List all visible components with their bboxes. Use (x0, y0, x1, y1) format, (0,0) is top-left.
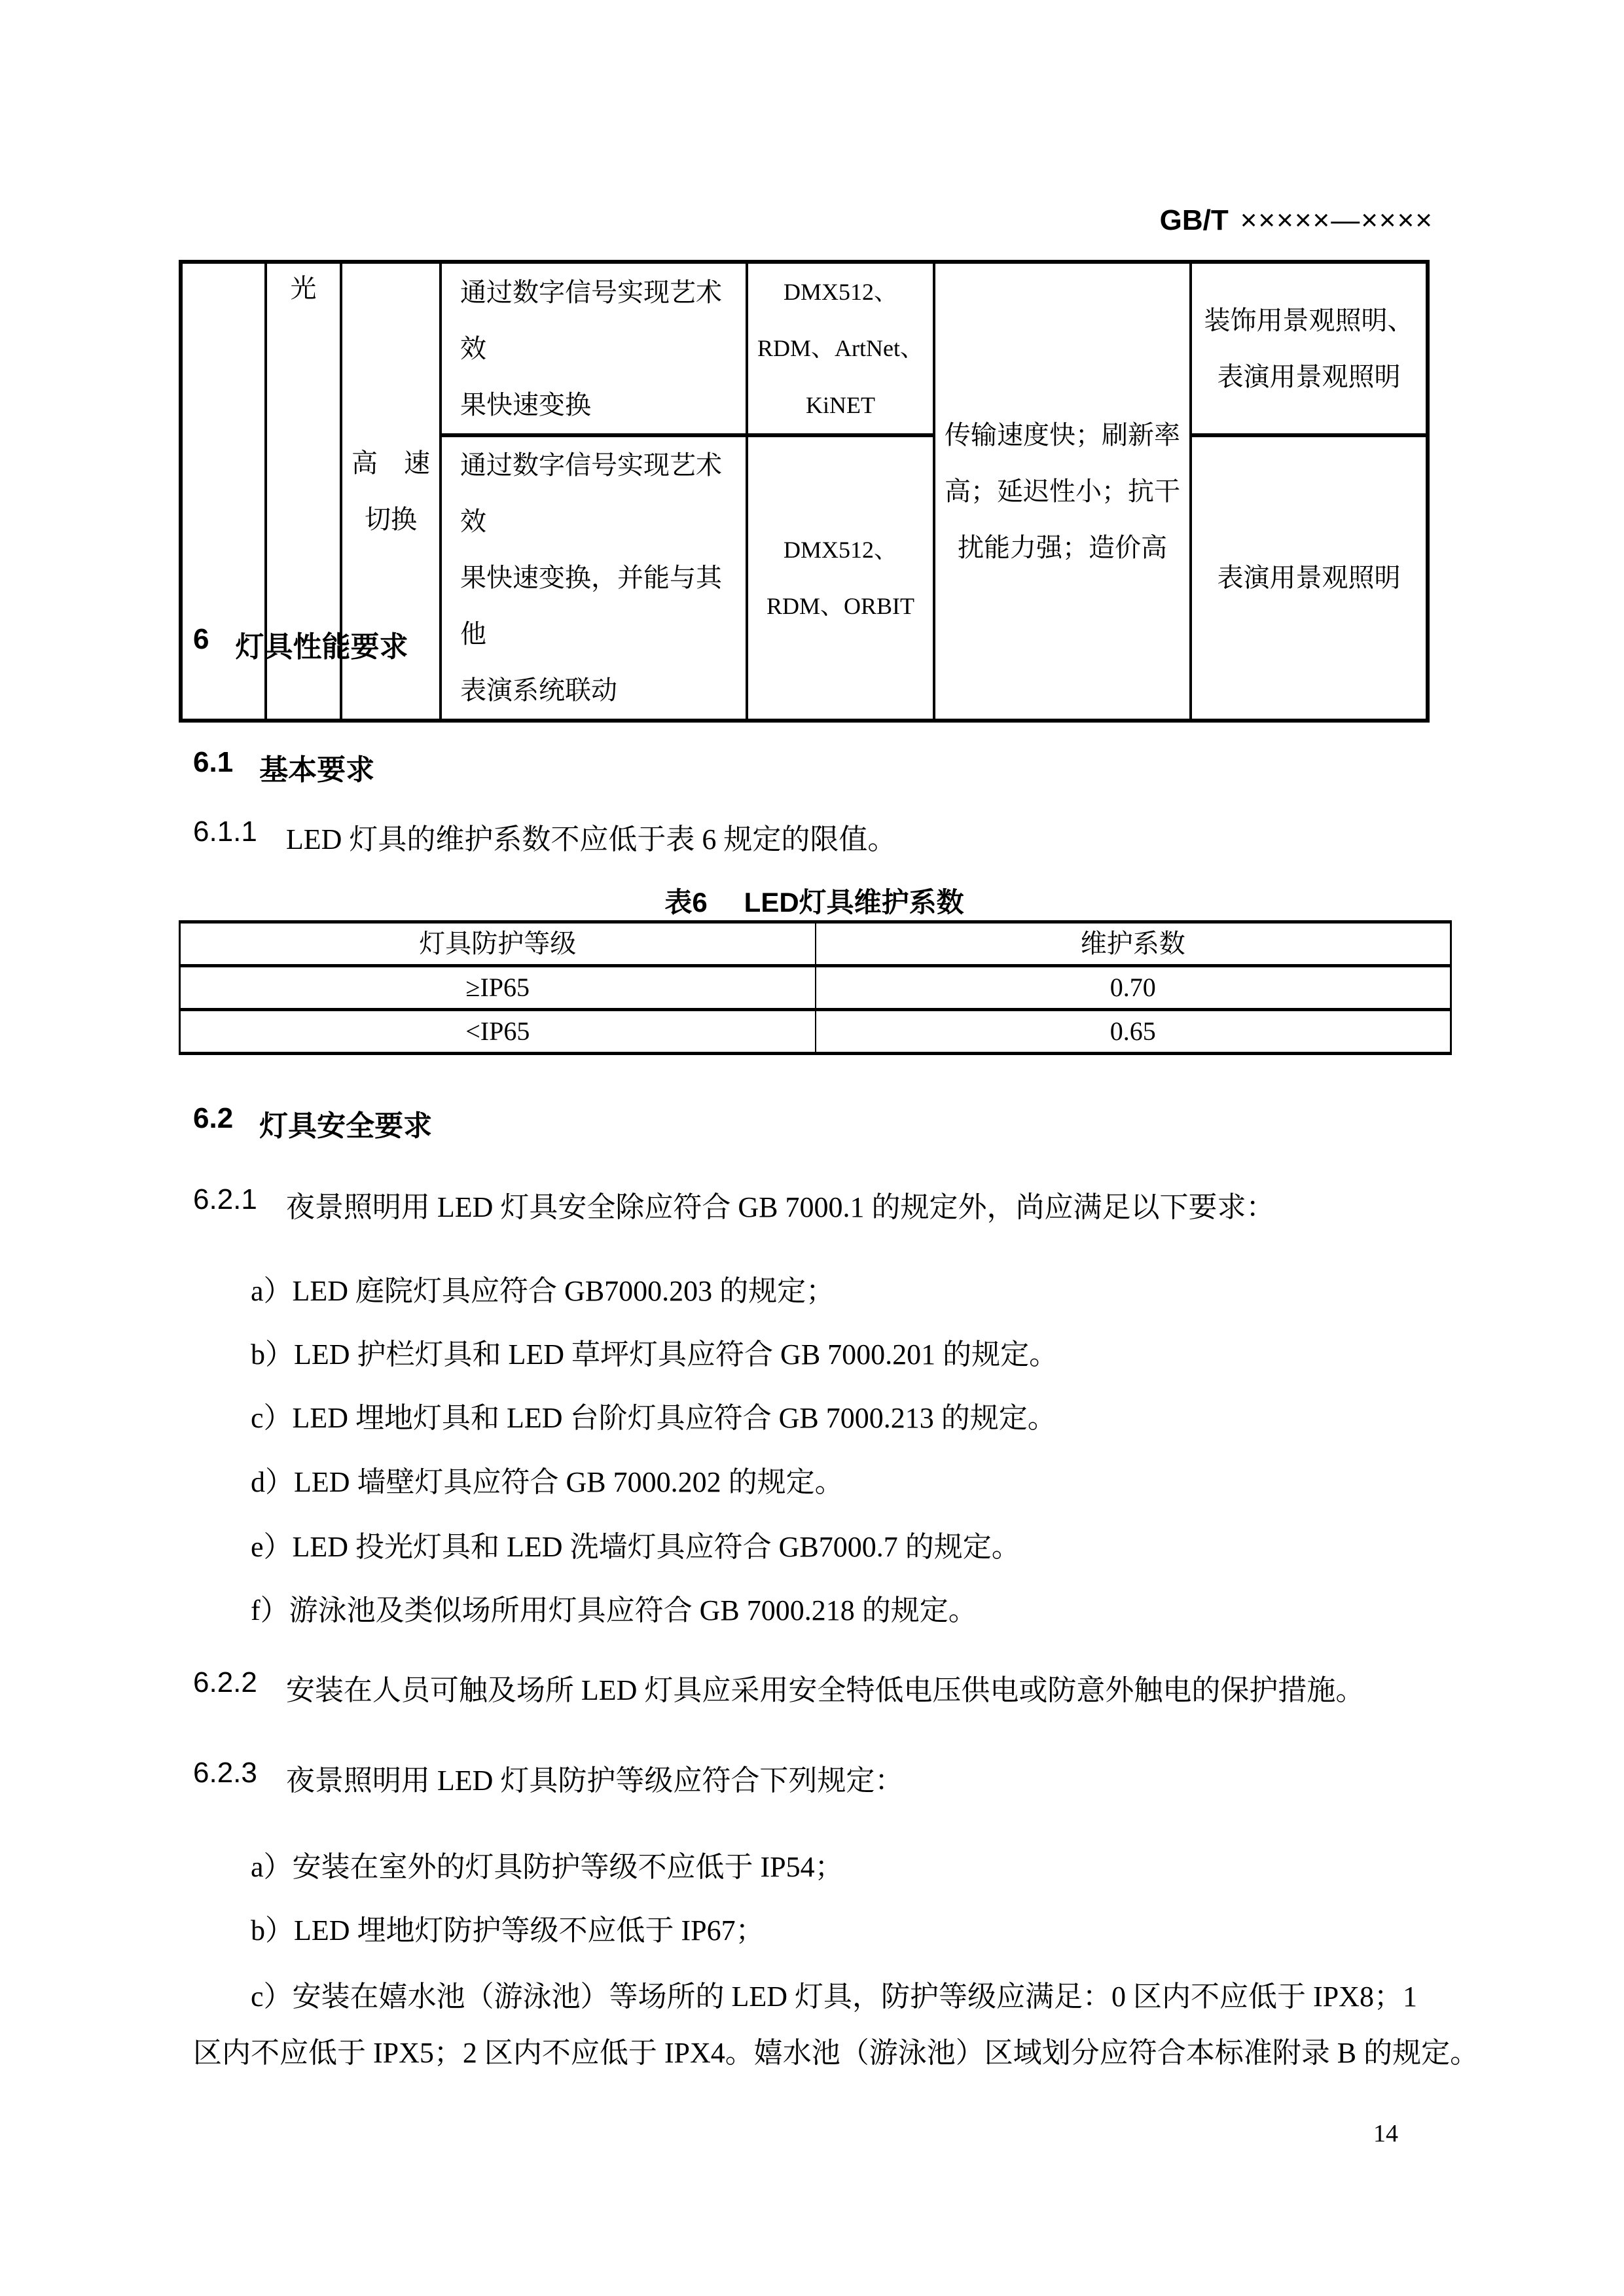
table6-cell-factor-1: 0.70 (816, 966, 1451, 1010)
clause-6-2-3-text: 夜景照明用 LED 灯具防护等级应符合下列规定： (286, 1757, 904, 1799)
table6-row: ≥IP65 0.70 (180, 966, 1451, 1010)
table6-header-protection: 灯具防护等级 (180, 922, 816, 966)
document-page: GB/T×××××—×××× 光 高 速 切换 通过数字信号实现艺术效 果快速变… (0, 0, 1624, 2296)
doc-code-number: ×××××—×××× (1240, 204, 1434, 236)
clause-6-2-1-text: 夜景照明用 LED 灯具安全除应符合 GB 7000.1 的规定外，尚应满足以下… (286, 1183, 1275, 1225)
list-item-d: d）LED 墙壁灯具应符合 GB 7000.202 的规定。 (251, 1458, 844, 1500)
list-item-f: f）游泳池及类似场所用灯具应符合 GB 7000.218 的规定。 (251, 1587, 977, 1628)
table6-cell-protection-1: ≥IP65 (180, 966, 816, 1010)
doc-code-prefix: GB/T (1160, 204, 1229, 236)
clause-6-2-2: 6.2.2 安装在人员可触及场所 LED 灯具应采用安全特低电压供电或防意外触电… (193, 1666, 1364, 1708)
list-item-c2-line1: c）安装在嬉水池（游泳池）等场所的 LED 灯具，防护等级应满足：0 区内不应低… (251, 1973, 1417, 2015)
list-item-c: c）LED 埋地灯具和 LED 台阶灯具应符合 GB 7000.213 的规定。 (251, 1394, 1056, 1436)
table6-caption-title: LED灯具维护系数 (744, 887, 964, 918)
cell-application-row1: 装饰用景观照明、 表演用景观照明 (1191, 262, 1428, 435)
list-item-e: e）LED 投光灯具和 LED 洗墙灯具应符合 GB7000.7 的规定。 (251, 1523, 1020, 1565)
section-6-heading: 6 灯具性能要求 (193, 623, 408, 665)
clause-6-2-2-number: 6.2.2 (193, 1666, 257, 1708)
cell-protocols-row1: DMX512、 RDM、ArtNet、 KiNET (747, 262, 934, 435)
table6-caption-label: 表6 (664, 887, 707, 918)
clause-6-1-1-number: 6.1.1 (193, 816, 257, 857)
section-6-1-number: 6.1 (193, 746, 233, 788)
table6-caption: 表6LED灯具维护系数 (179, 881, 1450, 920)
section-6-title: 灯具性能要求 (235, 623, 408, 665)
cell-desc-row2: 通过数字信号实现艺术效 果快速变换，并能与其他 表演系统联动 (441, 435, 747, 721)
clause-6-2-3: 6.2.3 夜景照明用 LED 灯具防护等级应符合下列规定： (193, 1757, 903, 1799)
table6-row: <IP65 0.65 (180, 1010, 1451, 1054)
cell-desc-row1: 通过数字信号实现艺术效 果快速变换 (441, 262, 747, 435)
table6-cell-factor-2: 0.65 (816, 1010, 1451, 1054)
clause-6-2-3-number: 6.2.3 (193, 1757, 257, 1799)
section-6-2-title: 灯具安全要求 (259, 1102, 432, 1144)
clause-6-1-1: 6.1.1 LED 灯具的维护系数不应低于表 6 规定的限值。 (193, 816, 896, 857)
table6-header-factor: 维护系数 (816, 922, 1451, 966)
section-6-1-heading: 6.1 基本要求 (193, 746, 374, 788)
clause-6-2-2-text: 安装在人员可触及场所 LED 灯具应采用安全特低电压供电或防意外触电的保护措施。 (286, 1666, 1365, 1708)
section-6-number: 6 (193, 623, 209, 665)
list-item-a2: a）安装在室外的灯具防护等级不应低于 IP54； (251, 1843, 844, 1885)
section-6-1-title: 基本要求 (259, 746, 374, 788)
table6-header-row: 灯具防护等级 维护系数 (180, 922, 1451, 966)
clause-6-2-1: 6.2.1 夜景照明用 LED 灯具安全除应符合 GB 7000.1 的规定外，… (193, 1183, 1275, 1225)
section-6-2-heading: 6.2 灯具安全要求 (193, 1102, 432, 1144)
clause-6-1-1-text: LED 灯具的维护系数不应低于表 6 规定的限值。 (286, 816, 897, 857)
list-item-c2-line2: 区内不应低于 IPX5；2 区内不应低于 IPX4。嬉水池（游泳池）区域划分应符… (193, 2029, 1479, 2071)
section-6-2-number: 6.2 (193, 1102, 233, 1144)
cell-application-row2: 表演用景观照明 (1191, 435, 1428, 721)
cell-advantages: 传输速度快；刷新率 高；延迟性小；抗干 扰能力强；造价高 (934, 262, 1191, 721)
page-number: 14 (1373, 2119, 1398, 2148)
list-item-b: b）LED 护栏灯具和 LED 草坪灯具应符合 GB 7000.201 的规定。 (251, 1331, 1058, 1372)
cell-protocols-row2: DMX512、 RDM、ORBIT (747, 435, 934, 721)
list-item-b2: b）LED 埋地灯防护等级不应低于 IP67； (251, 1907, 765, 1948)
table6-cell-protection-2: <IP65 (180, 1010, 816, 1054)
maintenance-factor-table: 灯具防护等级 维护系数 ≥IP65 0.70 <IP65 0.65 (179, 920, 1452, 1055)
clause-6-2-1-number: 6.2.1 (193, 1183, 257, 1225)
list-item-a: a）LED 庭院灯具应符合 GB7000.203 的规定； (251, 1267, 835, 1309)
doc-code: GB/T×××××—×××× (1160, 204, 1434, 237)
